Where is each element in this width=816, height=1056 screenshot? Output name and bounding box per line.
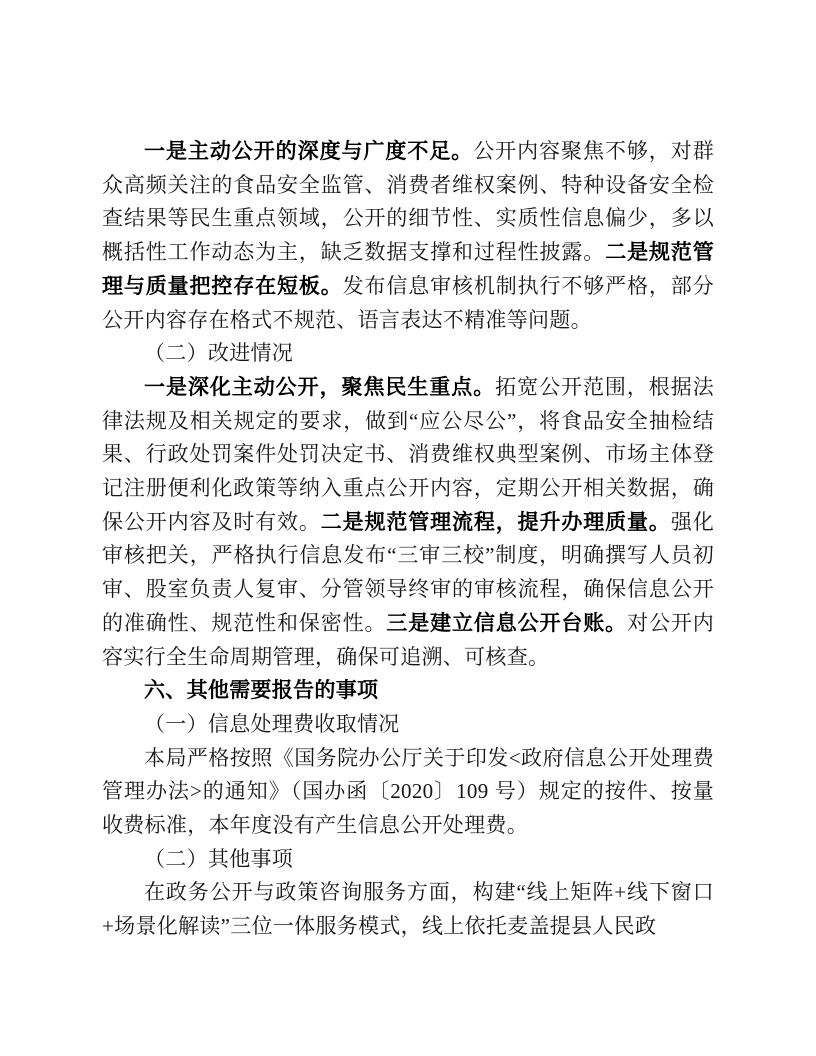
text-run: （一）信息处理费收取情况 bbox=[144, 712, 400, 736]
text-run-bold: 二是规范管理流程，提升办理质量。 bbox=[321, 511, 671, 534]
paragraph-body: 一是主动公开的深度与广度不足。公开内容聚焦不够，对群众高频关注的食品安全监管、消… bbox=[102, 135, 714, 337]
sub-heading: （二）其他事项 bbox=[102, 843, 714, 877]
text-run: 在政务公开与政策咨询服务方面，构建“线上矩阵+线下窗口+场景化解读”三位一体服务… bbox=[102, 880, 714, 938]
document-page: 一是主动公开的深度与广度不足。公开内容聚焦不够，对群众高频关注的食品安全监管、消… bbox=[0, 0, 816, 1056]
text-run: 本局严格按照《国务院办公厅关于印发<政府信息公开处理费管理办法>的通知》（国办函… bbox=[102, 746, 714, 837]
paragraph-body: 一是深化主动公开，聚焦民生重点。拓宽公开范围，根据法律法规及相关规定的要求，做到… bbox=[102, 371, 714, 674]
text-run-bold: 一是主动公开的深度与广度不足。 bbox=[144, 140, 473, 163]
text-run-bold: 六、其他需要报告的事项 bbox=[144, 679, 378, 702]
sub-heading: （二）改进情况 bbox=[102, 337, 714, 371]
text-run-bold: 一是深化主动公开，聚焦民生重点。 bbox=[144, 376, 495, 399]
paragraph-body: 本局严格按照《国务院办公厅关于印发<政府信息公开处理费管理办法>的通知》（国办函… bbox=[102, 742, 714, 843]
text-block: 一是主动公开的深度与广度不足。公开内容聚焦不够，对群众高频关注的食品安全监管、消… bbox=[102, 135, 714, 944]
text-run: （二）改进情况 bbox=[144, 341, 293, 365]
text-run-bold: 三是建立信息公开台账。 bbox=[386, 612, 627, 635]
paragraph-body: 在政务公开与政策咨询服务方面，构建“线上矩阵+线下窗口+场景化解读”三位一体服务… bbox=[102, 876, 714, 943]
sub-heading: （一）信息处理费收取情况 bbox=[102, 708, 714, 742]
text-run: （二）其他事项 bbox=[144, 847, 293, 871]
section-heading: 六、其他需要报告的事项 bbox=[102, 674, 714, 708]
